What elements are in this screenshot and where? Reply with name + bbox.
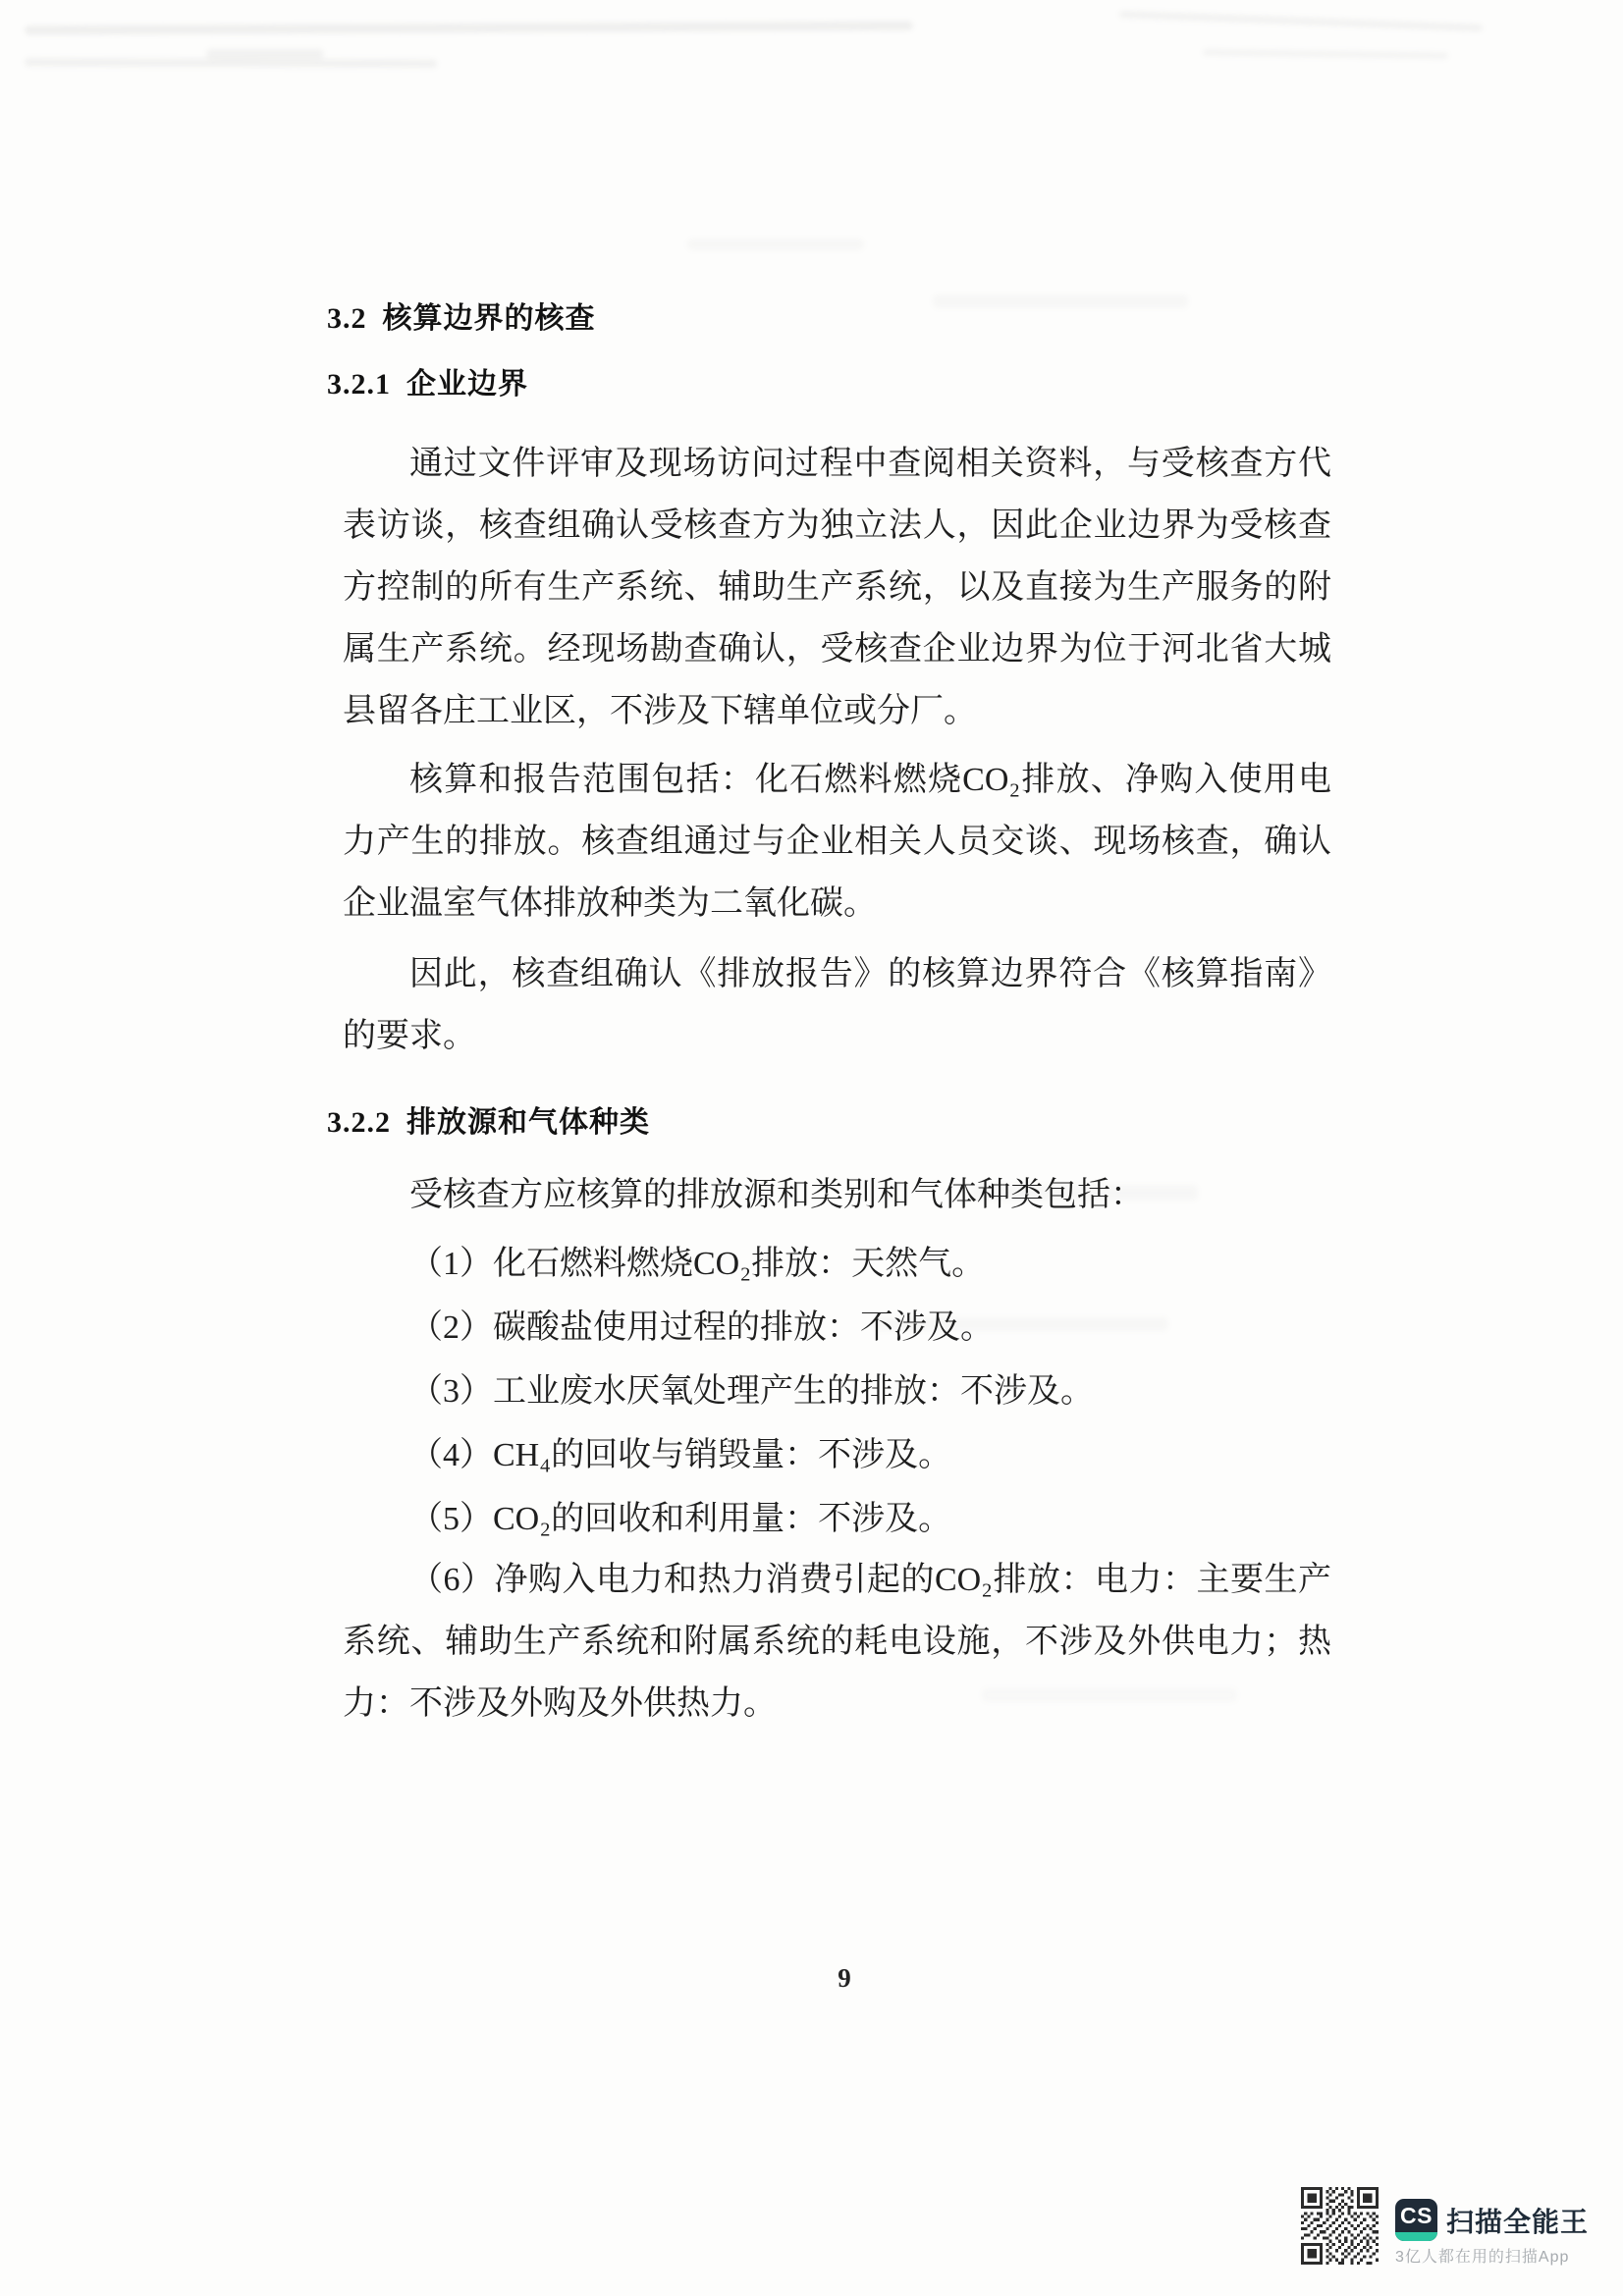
scan-artifact <box>687 239 864 250</box>
section-heading-3-2: 3.2核算边界的核查 <box>327 299 596 339</box>
paragraph-conclusion: 因此，核查组确认《排放报告》的核算边界符合《核算指南》的要求。 <box>343 943 1331 1067</box>
scan-artifact <box>25 22 913 35</box>
scan-artifact <box>1119 11 1483 31</box>
section-heading-3-2-1: 3.2.1企业边界 <box>327 365 528 404</box>
camscanner-tagline: 3亿人都在用的扫描App <box>1395 2244 1569 2267</box>
list-item-6: （6）净购入电力和热力消费引起的CO₂排放：电力：主要生产系统、辅助生产系统和附… <box>343 1549 1331 1735</box>
page-number: 9 <box>817 1963 872 1994</box>
qr-code-icon <box>1301 2186 1379 2266</box>
section-title: 核算边界的核查 <box>383 302 596 335</box>
camscanner-logo-icon: CS <box>1395 2199 1437 2241</box>
camscanner-logo-accent-strip <box>1395 2232 1437 2241</box>
list-item-3: （3）工业废水厌氧处理产生的排放：不涉及。 <box>343 1361 1331 1422</box>
section-number: 3.2.1 <box>327 368 391 400</box>
section-number: 3.2.2 <box>327 1106 391 1139</box>
list-item-1: （1）化石燃料燃烧CO₂排放：天然气。 <box>343 1233 1331 1295</box>
scan-artifact <box>25 58 437 67</box>
list-item-5: （5）CO₂的回收和利用量：不涉及。 <box>343 1488 1331 1550</box>
section-number: 3.2 <box>327 302 367 335</box>
paragraph-sources-intro: 受核查方应核算的排放源和类别和气体种类包括： <box>343 1164 1331 1226</box>
paragraph-enterprise-boundary: 通过文件评审及现场访问过程中查阅相关资料，与受核查方代表访谈，核查组确认受核查方… <box>343 433 1331 742</box>
camscanner-logo-text: CS <box>1395 2199 1437 2232</box>
section-title: 企业边界 <box>406 368 528 400</box>
section-title: 排放源和气体种类 <box>406 1106 650 1139</box>
section-heading-3-2-2: 3.2.2排放源和气体种类 <box>327 1103 650 1143</box>
scan-artifact <box>1203 49 1448 58</box>
paragraph-reporting-scope: 核算和报告范围包括：化石燃料燃烧CO₂排放、净购入使用电力产生的排放。核查组通过… <box>343 749 1331 934</box>
scan-artifact <box>206 49 324 59</box>
scanned-document-page: 3.2核算边界的核查 3.2.1企业边界 通过文件评审及现场访问过程中查阅相关资… <box>0 0 1623 2296</box>
scan-artifact <box>933 294 1188 308</box>
list-item-4: （4）CH₄的回收与销毁量：不涉及。 <box>343 1424 1331 1486</box>
list-item-2: （2）碳酸盐使用过程的排放：不涉及。 <box>343 1297 1331 1359</box>
camscanner-app-name: 扫描全能王 <box>1446 2201 1589 2240</box>
